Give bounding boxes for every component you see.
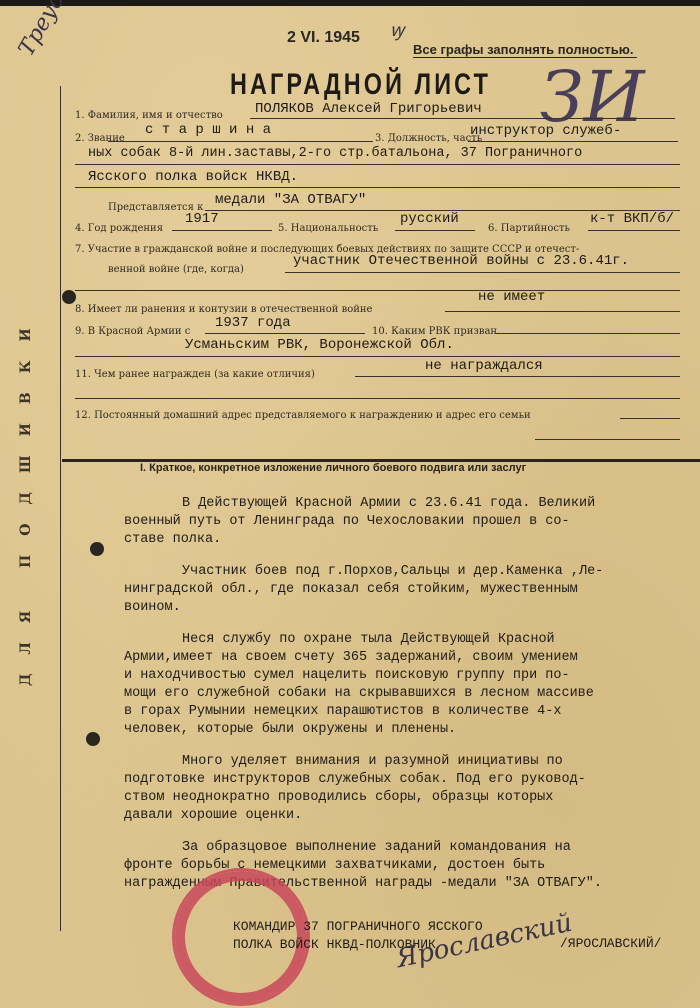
field-10-label: 10. Каким РВК призван <box>372 326 497 337</box>
punch-hole <box>62 290 76 304</box>
field-11-value: не награждался <box>425 358 543 374</box>
punch-hole <box>86 732 100 746</box>
field-line <box>395 230 475 231</box>
field-7-value: участник Отечественной войны с 23.6.41г. <box>293 253 629 269</box>
field-7-label-2: венной войне (где, когда) <box>108 264 244 275</box>
field-line <box>75 398 680 399</box>
punch-hole <box>90 542 104 556</box>
signatory-name: /ЯРОСЛАВСКИЙ/ <box>560 936 661 951</box>
date-checkmark-icon: ꝡ <box>390 18 404 42</box>
field-line <box>588 230 680 231</box>
citation-paragraph: Неся службу по охране тыла Действующей К… <box>124 631 700 739</box>
field-line <box>172 230 272 231</box>
fill-instruction: Все графы заполнять полностью. <box>413 42 637 58</box>
binding-margin-line <box>60 86 61 931</box>
field-2-value: с т а р ш и н а <box>145 122 271 138</box>
field-line <box>75 187 680 188</box>
field-line <box>285 272 680 273</box>
nominated-value: медали "ЗА ОТВАГУ" <box>215 192 366 208</box>
field-8-value: не имеет <box>478 289 545 305</box>
field-5-value: русский <box>400 211 459 227</box>
field-line <box>75 356 680 357</box>
field-line <box>75 164 680 165</box>
citation-paragraph: В Действующей Красной Армии с 23.6.41 го… <box>124 495 700 549</box>
field-line <box>205 333 365 334</box>
field-3-label: 3. Должность, часть <box>375 133 482 144</box>
field-3-value-3: Ясского полка войск НКВД. <box>88 169 298 185</box>
field-1-label: 1. Фамилия, имя и отчество <box>75 110 223 121</box>
citation-paragraph: Много уделяет внимания и разумной инициа… <box>124 753 700 825</box>
citation-paragraph: Участник боев под г.Порхов,Сальцы и дер.… <box>124 563 700 617</box>
field-6-label: 6. Партийность <box>488 223 570 234</box>
field-10-value: Усманьским РВК, Воронежской Обл. <box>185 337 454 353</box>
field-11-label: 11. Чем ранее награжден (за какие отличи… <box>75 369 315 380</box>
field-1-value: ПОЛЯКОВ Алексей Григорьевич <box>255 101 482 117</box>
field-12-label: 12. Постоянный домашний адрес представля… <box>75 410 531 421</box>
field-line <box>535 439 680 440</box>
field-3-value-1: инструктор служеб- <box>470 123 621 139</box>
field-4-value: 1917 <box>185 211 219 227</box>
field-line <box>75 290 680 291</box>
field-8-label: 8. Имеет ли ранения и контузии в отечест… <box>75 304 372 315</box>
field-9-value: 1937 года <box>215 315 291 331</box>
award-sheet: ДЛЯ ПОДШИВКИ Треус ЗИ 2 VI. 1945 ꝡ Все г… <box>0 6 700 1008</box>
page-title: НАГРАДНОЙ ЛИСТ <box>230 68 491 102</box>
field-5-label: 5. Национальность <box>278 223 378 234</box>
binding-label: ДЛЯ ПОДШИВКИ <box>18 309 34 686</box>
field-3-value-2: ных собак 8-й лин.заставы,2-го стр.батал… <box>88 146 582 161</box>
field-line <box>250 118 675 119</box>
field-9-label: 9. В Красной Армии с <box>75 326 190 337</box>
field-line <box>445 311 680 312</box>
field-line <box>620 418 680 419</box>
field-line <box>468 141 678 142</box>
field-4-label: 4. Год рождения <box>75 223 163 234</box>
citation-text: В Действующей Красной Армии с 23.6.41 го… <box>124 495 700 907</box>
field-line <box>495 333 680 334</box>
field-line <box>108 141 373 142</box>
field-line <box>355 376 680 377</box>
section-heading: I. Краткое, конкретное изложение личного… <box>140 462 526 474</box>
document-date: 2 VI. 1945 <box>287 29 360 47</box>
field-6-value: к-т ВКП/б/ <box>590 211 674 227</box>
handwritten-corner-note: Треус <box>14 0 69 60</box>
field-2-label: 2. Звание <box>75 133 125 144</box>
